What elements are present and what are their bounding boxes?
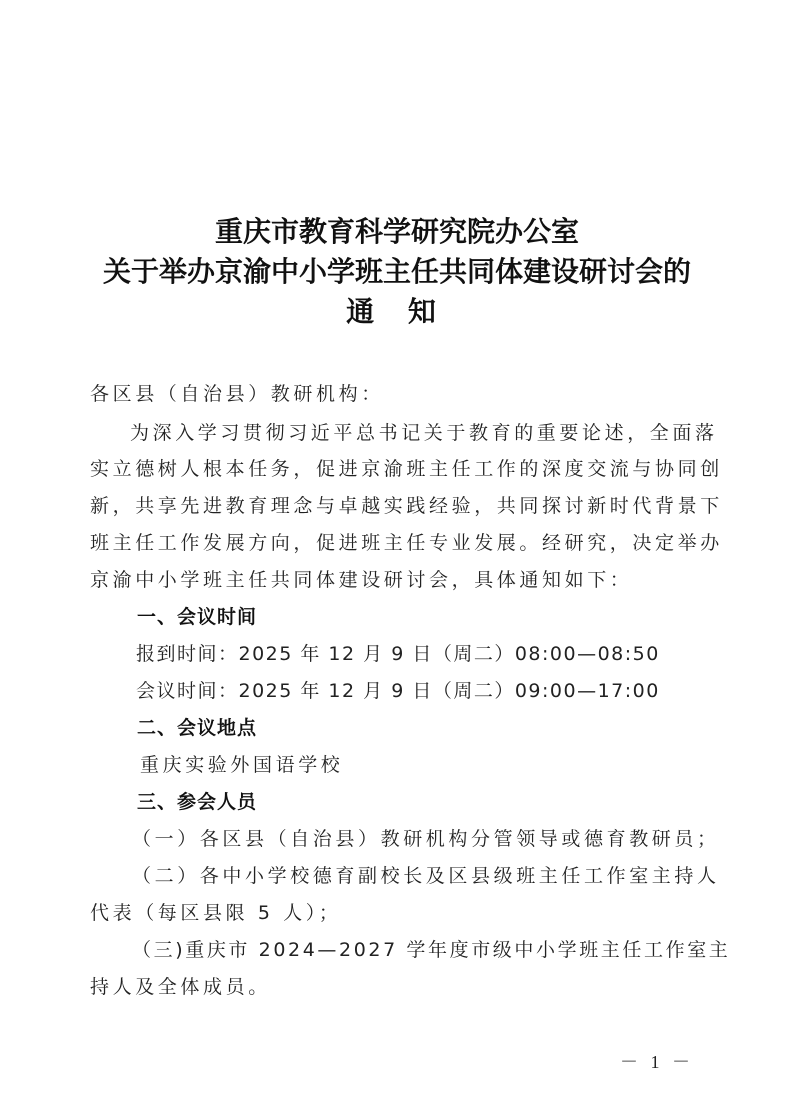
document-title-type: 通 知 (0, 292, 794, 332)
attendee-item: （三)重庆市 2024—2027 学年度市级中小学班主任工作室主 (132, 938, 730, 962)
page-number: － 1 － (620, 1048, 694, 1074)
registration-time: 报到时间：2025 年 12 月 9 日（周二）08:00—08:50 (136, 642, 660, 666)
meeting-time: 会议时间：2025 年 12 月 9 日（周二）09:00—17:00 (136, 679, 660, 703)
intro-paragraph-line: 实立德树人根本任务，促进京渝班主任工作的深度交流与协同创 (90, 457, 723, 481)
document-title-subject: 关于举办京渝中小学班主任共同体建设研讨会的 (0, 252, 794, 292)
attendee-item-continuation: 代表（每区县限 5 人）； (90, 901, 341, 925)
document-page: 重庆市教育科学研究院办公室 关于举办京渝中小学班主任共同体建设研讨会的 通 知 … (0, 0, 794, 1108)
intro-paragraph-line: 新，共享先进教育理念与卓越实践经验，共同探讨新时代背景下 (90, 494, 723, 518)
meeting-location: 重庆实验外国语学校 (140, 753, 343, 777)
section-heading-attendees: 三、参会人员 (137, 790, 257, 814)
document-title-issuer: 重庆市教育科学研究院办公室 (0, 212, 794, 252)
intro-paragraph-line: 京渝中小学班主任共同体建设研讨会，具体通知如下： (90, 568, 632, 592)
salutation: 各区县（自治县）教研机构： (90, 382, 384, 406)
attendee-item: （二）各中小学校德育副校长及区县级班主任工作室主持人 (132, 864, 720, 888)
attendee-item: （一）各区县（自治县）教研机构分管领导或德育教研员； (132, 827, 720, 851)
intro-paragraph-line: 班主任工作发展方向，促进班主任专业发展。经研究，决定举办 (90, 531, 723, 555)
section-heading-time: 一、会议时间 (137, 605, 257, 629)
intro-paragraph-line: 为深入学习贯彻习近平总书记关于教育的重要论述，全面落 (130, 421, 718, 445)
attendee-item-continuation: 持人及全体成员。 (90, 975, 271, 999)
section-heading-location: 二、会议地点 (137, 716, 257, 740)
